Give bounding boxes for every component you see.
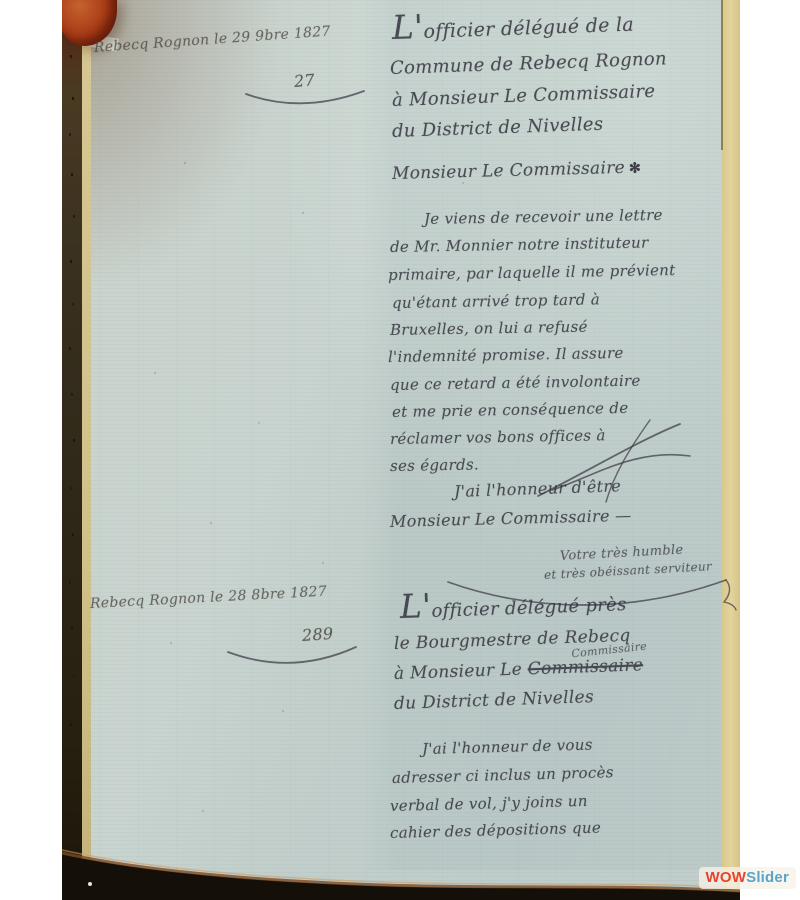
wowslider-watermark[interactable]: WOWSlider	[699, 867, 796, 889]
letter1-body-line: Bruxelles, on lui a refusé	[390, 318, 588, 339]
paper-specks	[162, 150, 164, 152]
letter2-body-line: verbal de vol, j'y joins un	[390, 792, 588, 815]
letter1-closing-line-1: J'ai l'honneur d'être	[454, 476, 622, 501]
margin-dateline-2: Rebecq Rognon le 28 8bre 1827	[90, 584, 328, 612]
letter1-salutation: Monsieur Le Commissaire✻	[392, 157, 642, 184]
page-gutter-edge	[82, 0, 91, 880]
margin-dateline-1: Rebecq Rognon le 29 9bre 1827	[93, 23, 331, 56]
letter1-heading-line-3: à Monsieur Le Commissaire	[392, 81, 656, 111]
letter1-body-line: que ce retard a été involontaire	[390, 372, 641, 394]
letter1-body-line: qu'étant arrivé trop tard à	[392, 290, 600, 312]
pen-flourish-arc-1	[240, 86, 372, 114]
letter1-body-line: ses égards.	[390, 455, 479, 475]
book-bottom-shadow	[62, 840, 740, 900]
letter1-body-line: Je viens de recevoir une lettre	[424, 206, 663, 228]
letter1-body-line: réclamer vos bons offices à	[390, 426, 606, 448]
letter1-body-line: et me prie en conséquence de	[392, 399, 629, 421]
letter1-body-line: l'indemnité promise. Il assure	[388, 344, 624, 366]
book-binding-edge	[62, 0, 82, 900]
ink-blot-mark: ✻	[629, 160, 641, 176]
letter2-body-line: cahier des dépositions que	[390, 818, 601, 842]
letter2-body-line: adresser ci inclus un procès	[392, 763, 614, 787]
binding-ink-specks	[70, 55, 72, 58]
watermark-slider-text: Slider	[746, 869, 789, 886]
letter1-heading-line-2: Commune de Rebecq Rognon	[390, 48, 668, 79]
letter2-heading-line-3: à Monsieur Le Commissaire Commissaire	[394, 655, 644, 684]
letter1-closing-line-2: Monsieur Le Commissaire —	[390, 506, 632, 531]
manuscript-photo[interactable]: Rebecq Rognon le 29 9bre 1827 27 L'offic…	[62, 0, 740, 900]
salutation-text: Monsieur Le Commissaire	[392, 158, 626, 184]
letter1-heading-line-4: du District de Nivelles	[392, 114, 604, 142]
book-fore-edge	[722, 0, 740, 900]
margin-number-1: 27	[293, 70, 316, 91]
letter2-body-line: J'ai l'honneur de vous	[422, 736, 593, 758]
pen-flourish-arc-2	[220, 642, 364, 674]
letter1-body-line: de Mr. Monnier notre instituteur	[390, 233, 649, 256]
letter1-body-line: primaire, par laquelle il me prévient	[388, 261, 676, 284]
watermark-wow-text: WOW	[706, 869, 747, 886]
margin-number-2: 289	[301, 624, 334, 645]
heading-prefix: à Monsieur Le	[394, 660, 523, 684]
fore-edge-line	[721, 0, 723, 150]
letter2-heading-line-4: du District de Nivelles	[394, 687, 595, 714]
letter1-heading-line-1: L'officier délégué de la	[392, 14, 635, 44]
letter2-heading-line-1: L'officier délégué près	[400, 594, 627, 623]
